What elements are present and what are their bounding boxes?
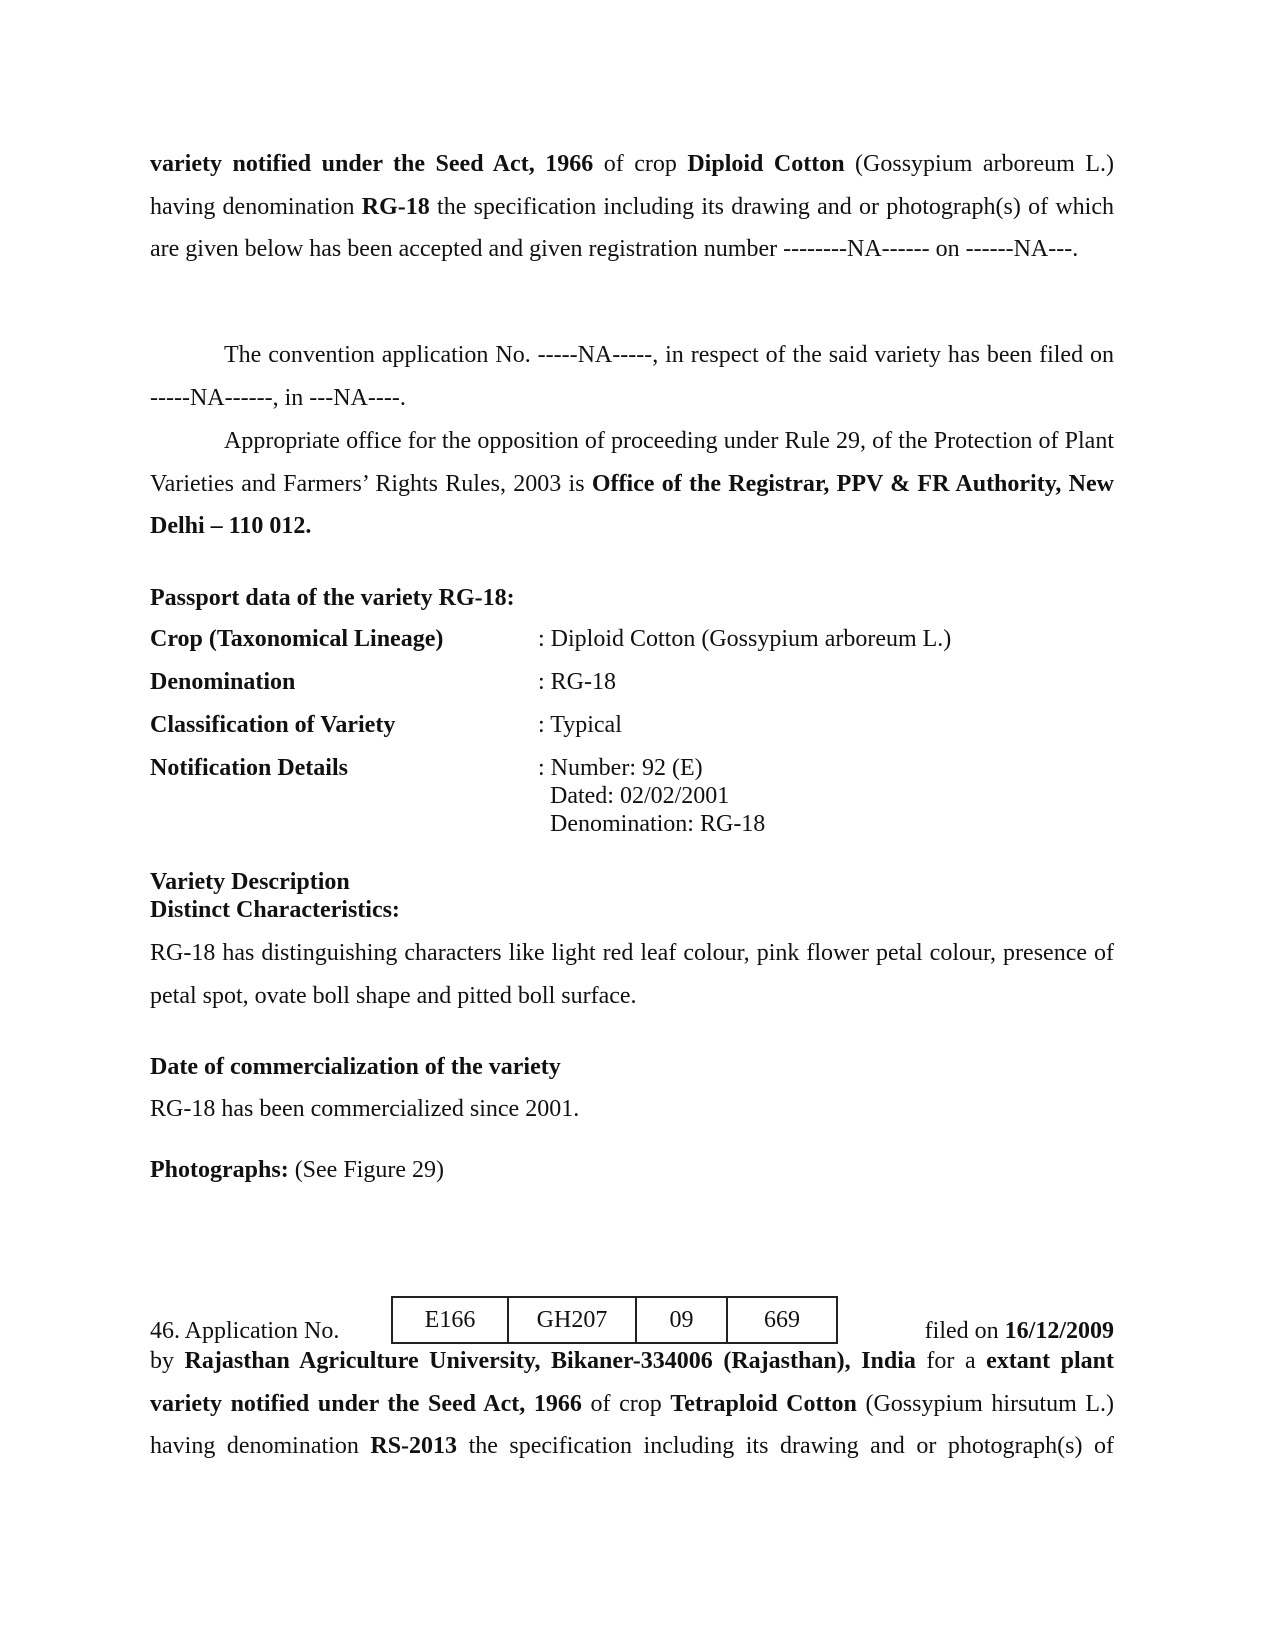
passport-value: : RG-18 [538, 667, 616, 697]
applicant-name: Rajasthan Agriculture University, Bikane… [185, 1348, 916, 1374]
notification-date: Dated: 02/02/2001 [538, 782, 765, 810]
passport-label: Denomination [150, 667, 295, 697]
convention-paragraph: The convention application No. -----NA--… [150, 334, 1114, 419]
commercialization-heading: Date of commercialization of the variety [150, 1053, 561, 1081]
photographs-line: Photographs: (See Figure 29) [150, 1156, 444, 1184]
opposition-paragraph: Appropriate office for the opposition of… [150, 420, 1114, 548]
characteristics-paragraph: RG-18 has distinguishing characters like… [150, 932, 1114, 1017]
crop-name: Diploid Cotton [687, 151, 844, 177]
text-span: by [150, 1348, 185, 1374]
application-cell: GH207 [508, 1297, 636, 1343]
passport-value: : Diploid Cotton (Gossypium arboreum L.) [538, 624, 951, 654]
passport-row-classification: Classification of Variety : Typical [150, 710, 1114, 740]
application-cell: 669 [727, 1297, 837, 1343]
photographs-label: Photographs: [150, 1157, 289, 1183]
denomination: RS-2013 [370, 1433, 457, 1459]
figure-reference: (See Figure 29) [289, 1157, 444, 1183]
commercialization-text: RG-18 has been commercialized since 2001… [150, 1088, 1114, 1131]
variety-description-heading: Variety Description [150, 868, 350, 896]
notification-details: : Number: 92 (E) Dated: 02/02/2001 Denom… [538, 754, 765, 838]
distinct-characteristics-heading: Distinct Characteristics: [150, 896, 400, 924]
passport-label: Notification Details [150, 753, 348, 783]
notification-number: : Number: 92 (E) [538, 754, 765, 782]
text-span: for a [916, 1348, 986, 1374]
passport-label: Crop (Taxonomical Lineage) [150, 624, 443, 654]
application-cell: E166 [392, 1297, 508, 1343]
passport-value: : Typical [538, 710, 622, 740]
crop-name: Tetraploid Cotton [670, 1391, 856, 1417]
passport-heading: Passport data of the variety RG-18: [150, 584, 515, 612]
seed-act-reference: variety notified under the Seed Act, 196… [150, 151, 593, 177]
denomination: RG-18 [362, 194, 430, 220]
notification-denomination: Denomination: RG-18 [538, 810, 765, 838]
text-span: of crop [593, 151, 687, 177]
passport-row-denomination: Denomination : RG-18 [150, 667, 1114, 697]
application-number-table: E166 GH207 09 669 [391, 1296, 838, 1344]
text-span: of crop [582, 1391, 671, 1417]
application-cell: 09 [636, 1297, 727, 1343]
passport-row-crop: Crop (Taxonomical Lineage) : Diploid Cot… [150, 624, 1114, 654]
intro-paragraph: variety notified under the Seed Act, 196… [150, 143, 1114, 271]
application-body-paragraph: by Rajasthan Agriculture University, Bik… [150, 1340, 1114, 1467]
text-span: the specification including its drawing … [457, 1433, 1114, 1459]
passport-label: Classification of Variety [150, 710, 395, 740]
